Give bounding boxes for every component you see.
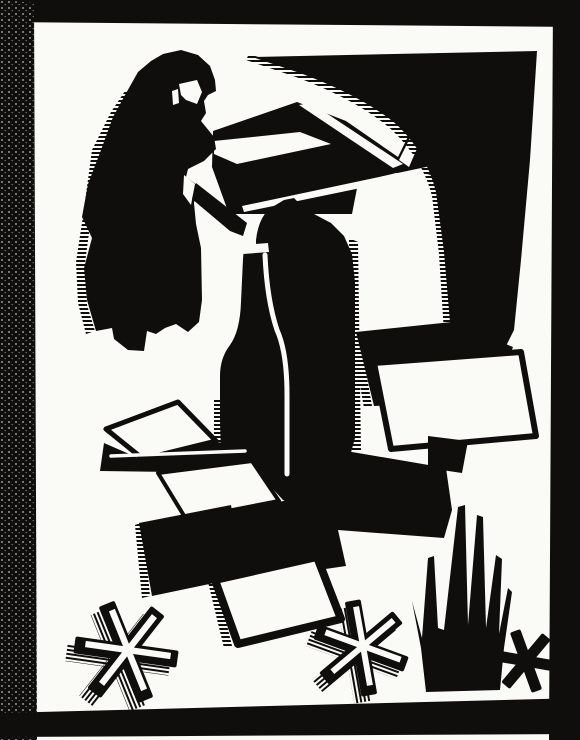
frame-left bbox=[0, 0, 37, 740]
face-highlight-small bbox=[172, 89, 179, 105]
paper-scrap-right bbox=[428, 436, 468, 473]
artwork-canvas bbox=[0, 0, 580, 740]
woodcut-print bbox=[0, 0, 580, 740]
frame-right bbox=[549, 0, 580, 740]
paper-white-right bbox=[374, 352, 536, 449]
